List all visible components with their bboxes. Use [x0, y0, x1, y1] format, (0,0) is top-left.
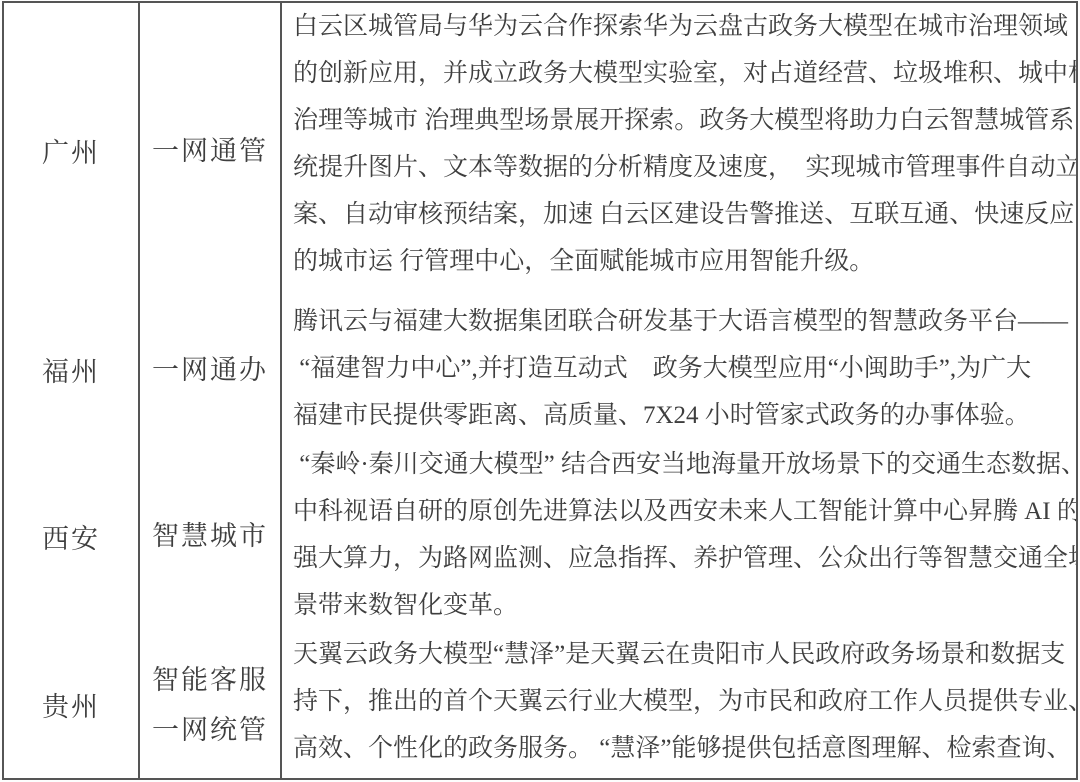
description-line: 强大算力，为路网监测、应急指挥、养护管理、公众出行等智慧交通全场: [293, 535, 1070, 582]
description-cell-guangzhou: 白云区城管局与华为云合作探索华为云盘古政务大模型在城市治理领域 的创新应用，并成…: [282, 3, 1076, 298]
city-cell-fuzhou: 福州: [4, 298, 140, 441]
description-line: 的创新应用，并成立政务大模型实验室，对占道经营、垃圾堆积、城中村: [293, 50, 1070, 97]
description-cell-xian: “秦岭·秦川交通大模型” 结合西安当地海量开放场景下的交通生态数据、 中科视语自…: [282, 441, 1076, 631]
description-line: 福建市民提供零距离、高质量、7X24 小时管家式政务的办事体验。: [293, 392, 1070, 439]
category-cell-guangzhou: 一网通管: [140, 3, 282, 298]
city-llm-table: 广州 一网通管 白云区城管局与华为云合作探索华为云盘古政务大模型在城市治理领域 …: [2, 1, 1078, 780]
category-cell-xian: 智慧城市: [140, 441, 282, 631]
description-cell-guizhou: 天翼云政务大模型“慧泽”是天翼云在贵阳市人民政府政务场景和数据支 持下，推出的首…: [282, 631, 1076, 778]
description-line: “秦岭·秦川交通大模型” 结合西安当地海量开放场景下的交通生态数据、: [293, 441, 1070, 488]
description-line: 统提升图片、文本等数据的分析精度及速度， 实现城市管理事件自动立: [293, 144, 1070, 191]
category-line: 智慧城市: [152, 511, 268, 561]
description-cell-fuzhou: 腾讯云与福建大数据集团联合研发基于大语言模型的智慧政务平台—— “福建智力中心”…: [282, 298, 1076, 441]
category-line: 一网通办: [152, 345, 268, 395]
description-line: 中科视语自研的原创先进算法以及西安未来人工智能计算中心昇腾 AI 的: [293, 488, 1070, 535]
description-line: 腾讯云与福建大数据集团联合研发基于大语言模型的智慧政务平台——: [293, 298, 1070, 345]
category-cell-fuzhou: 一网通办: [140, 298, 282, 441]
description-line: 景带来数智化变革。: [293, 582, 1070, 629]
description-line: 白云区城管局与华为云合作探索华为云盘古政务大模型在城市治理领域: [293, 3, 1070, 50]
description-line: 的城市运 行管理中心，全面赋能城市应用智能升级。: [293, 238, 1070, 285]
category-line: 一网统管: [152, 705, 268, 755]
description-line: 持下，推出的首个天翼云行业大模型，为市民和政府工作人员提供专业、: [293, 678, 1070, 725]
description-line: 天翼云政务大模型“慧泽”是天翼云在贵阳市人民政府政务场景和数据支: [293, 631, 1070, 678]
category-line: 智能客服: [152, 655, 268, 705]
category-line: 一网通管: [152, 126, 268, 176]
city-cell-xian: 西安: [4, 441, 140, 631]
description-line: 治理等城市 治理典型场景展开探索。政务大模型将助力白云智慧城管系: [293, 97, 1070, 144]
city-cell-guangzhou: 广州: [4, 3, 140, 298]
description-line: “福建智力中心”,并打造互动式 政务大模型应用“小闽助手”,为广大: [293, 345, 1070, 392]
city-cell-guizhou: 贵州: [4, 631, 140, 778]
category-cell-guizhou: 智能客服 一网统管: [140, 631, 282, 778]
description-line: 案、自动审核预结案，加速 白云区建设告警推送、互联互通、快速反应: [293, 191, 1070, 238]
description-line: 高效、个性化的政务服务。 “慧泽”能够提供包括意图理解、检索查询、: [293, 725, 1070, 772]
